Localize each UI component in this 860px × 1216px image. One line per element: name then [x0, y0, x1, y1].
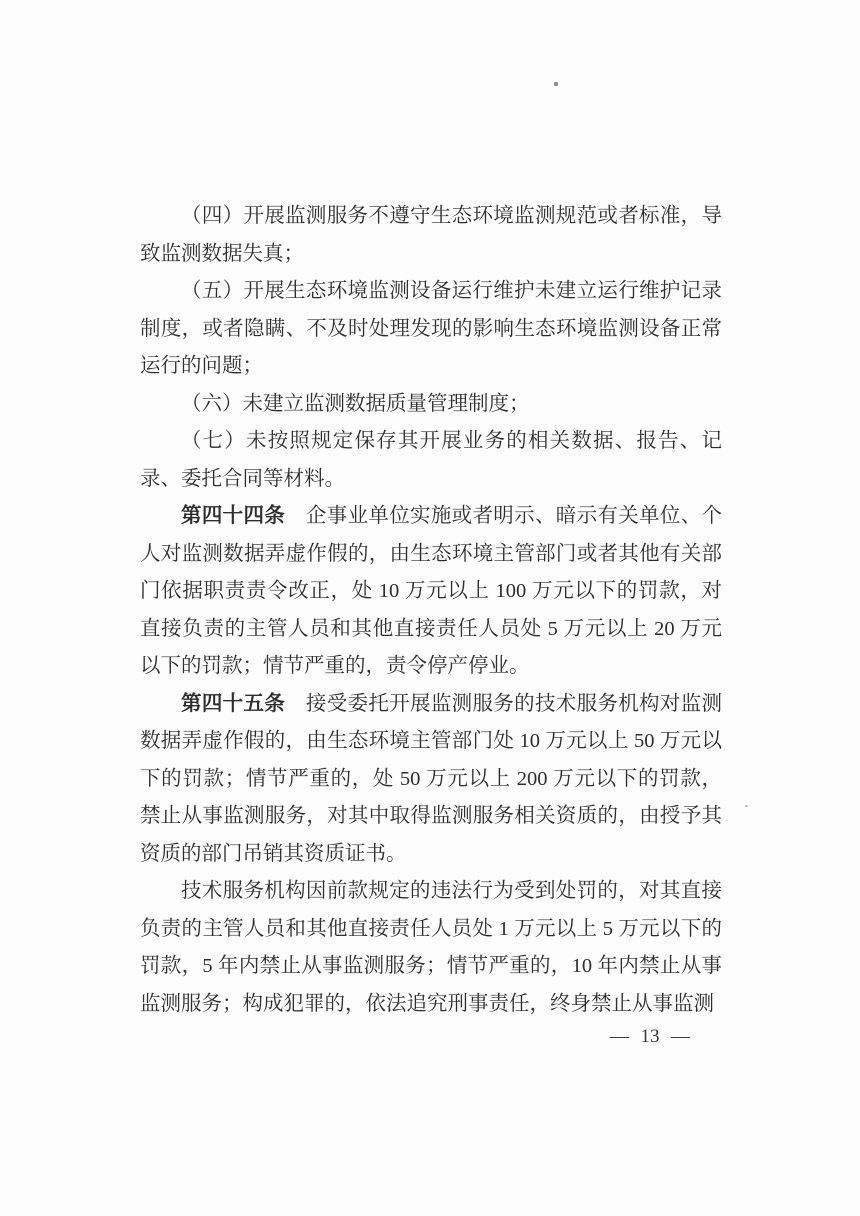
- scan-speck: [745, 805, 748, 807]
- article-45-paragraph: 第四十五条接受委托开展监测服务的技术服务机构对监测数据弄虚作假的，由生态环境主管…: [140, 686, 722, 874]
- clause-item-6: （六）未建立监测数据质量管理制度；: [140, 386, 722, 424]
- document-page: （四）开展监测服务不遵守生态环境监测规范或者标准，导致监测数据失真； （五）开展…: [0, 0, 860, 1216]
- article-44-paragraph: 第四十四条企事业单位实施或者明示、暗示有关单位、个人对监测数据弄虚作假的，由生态…: [140, 498, 722, 686]
- article-45-number: 第四十五条: [181, 693, 285, 715]
- clause-item-7: （七）未按照规定保存其开展业务的相关数据、报告、记录、委托合同等材料。: [140, 423, 722, 498]
- clause-item-5: （五）开展生态环境监测设备运行维护未建立运行维护记录制度，或者隐瞒、不及时处理发…: [140, 273, 722, 386]
- page-number-footer: — 13 —: [610, 1026, 690, 1048]
- article-44-number: 第四十四条: [181, 505, 285, 527]
- article-44-text: 企事业单位实施或者明示、暗示有关单位、个人对监测数据弄虚作假的，由生态环境主管部…: [140, 505, 722, 677]
- document-body: （四）开展监测服务不遵守生态环境监测规范或者标准，导致监测数据失真； （五）开展…: [140, 198, 722, 1023]
- footer-dash-left: —: [610, 1026, 629, 1048]
- article-45-second-paragraph: 技术服务机构因前款规定的违法行为受到处罚的，对其直接负责的主管人员和其他直接责任…: [140, 873, 722, 1023]
- clause-item-4: （四）开展监测服务不遵守生态环境监测规范或者标准，导致监测数据失真；: [140, 198, 722, 273]
- article-45-text: 接受委托开展监测服务的技术服务机构对监测数据弄虚作假的，由生态环境主管部门处 1…: [140, 693, 722, 865]
- page-number: 13: [641, 1026, 660, 1048]
- scan-speck: [554, 82, 558, 86]
- footer-dash-right: —: [671, 1026, 690, 1048]
